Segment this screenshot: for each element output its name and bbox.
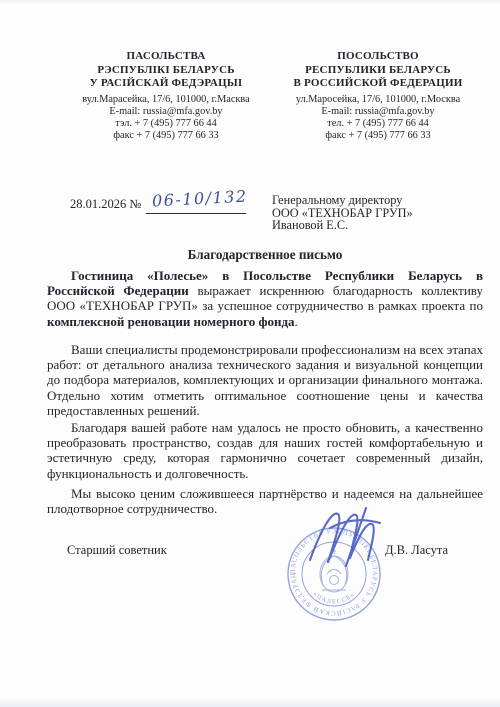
paragraph-1: Гостиница «Полесье» в Посольстве Республ… — [47, 268, 483, 329]
reference-date: 28.01.2026 № — [70, 197, 141, 212]
letter-page: ПАСОЛЬСТВА РЭСПУБЛІКІ БЕЛАРУСЬ У РАСІЙСК… — [0, 0, 500, 707]
scan-edge-top — [0, 0, 500, 4]
fax-line: факс + 7 (495) 777 66 33 — [52, 130, 280, 142]
org-name-line: ПОСОЛЬСТВО — [272, 50, 484, 64]
signature-autograph — [300, 502, 412, 572]
address-line: вул.Марасейка, 17/6, 101000, г.Масква — [52, 94, 280, 106]
org-name-line: ПАСОЛЬСТВА — [52, 50, 280, 64]
org-name-line: РЭСПУБЛІКІ БЕЛАРУСЬ — [52, 64, 280, 78]
letterhead-belarusian: ПАСОЛЬСТВА РЭСПУБЛІКІ БЕЛАРУСЬ У РАСІЙСК… — [52, 50, 280, 142]
paragraph-4: Мы высоко ценим сложившееся партнёрство … — [47, 486, 483, 516]
addressee-position: Генеральному директору — [272, 194, 413, 207]
email-line: E-mail: russia@mfa.gov.by — [52, 106, 280, 118]
paragraph-1-period: . — [295, 314, 298, 329]
fax-line: факс + 7 (495) 777 66 33 — [272, 130, 484, 142]
scan-edge-bottom — [0, 698, 500, 707]
org-name-line: В РОССИЙСКОЙ ФЕДЕРАЦИИ — [272, 77, 484, 91]
address-line: ул.Маросейка, 17/6, 101000, г.Москва — [272, 94, 484, 106]
svg-text:«ПАЛЕССЕ»: «ПАЛЕССЕ» — [312, 591, 357, 606]
letterhead-russian: ПОСОЛЬСТВО РЕСПУБЛИКИ БЕЛАРУСЬ В РОССИЙС… — [272, 50, 484, 142]
stamp-bottom-text: «ПАЛЕССЕ» — [312, 591, 357, 606]
signer-position: Старший советник — [67, 543, 167, 558]
phone-line: тэл. + 7 (495) 777 66 44 — [52, 118, 280, 130]
addressee-person: Ивановой Е.С. — [272, 219, 413, 232]
paragraph-2: Ваши специалисты продемонстрировали проф… — [47, 342, 483, 418]
paragraph-3: Благодаря вашей работе нам удалось не пр… — [47, 420, 483, 481]
org-name-line: РЕСПУБЛИКИ БЕЛАРУСЬ — [272, 64, 484, 78]
letter-title: Благодарственное письмо — [47, 247, 483, 263]
org-name-line: У РАСІЙСКАЙ ФЕДЭРАЦЫІ — [52, 77, 280, 91]
email-line: E-mail: russia@mfa.gov.by — [272, 106, 484, 118]
paragraph-1-bold-tail: комплексной реновации номерного фонда — [47, 314, 295, 329]
addressee-block: Генеральному директору ООО «ТЕХНОБАР ГРУ… — [272, 194, 413, 232]
phone-line: тел. + 7 (495) 777 66 44 — [272, 118, 484, 130]
